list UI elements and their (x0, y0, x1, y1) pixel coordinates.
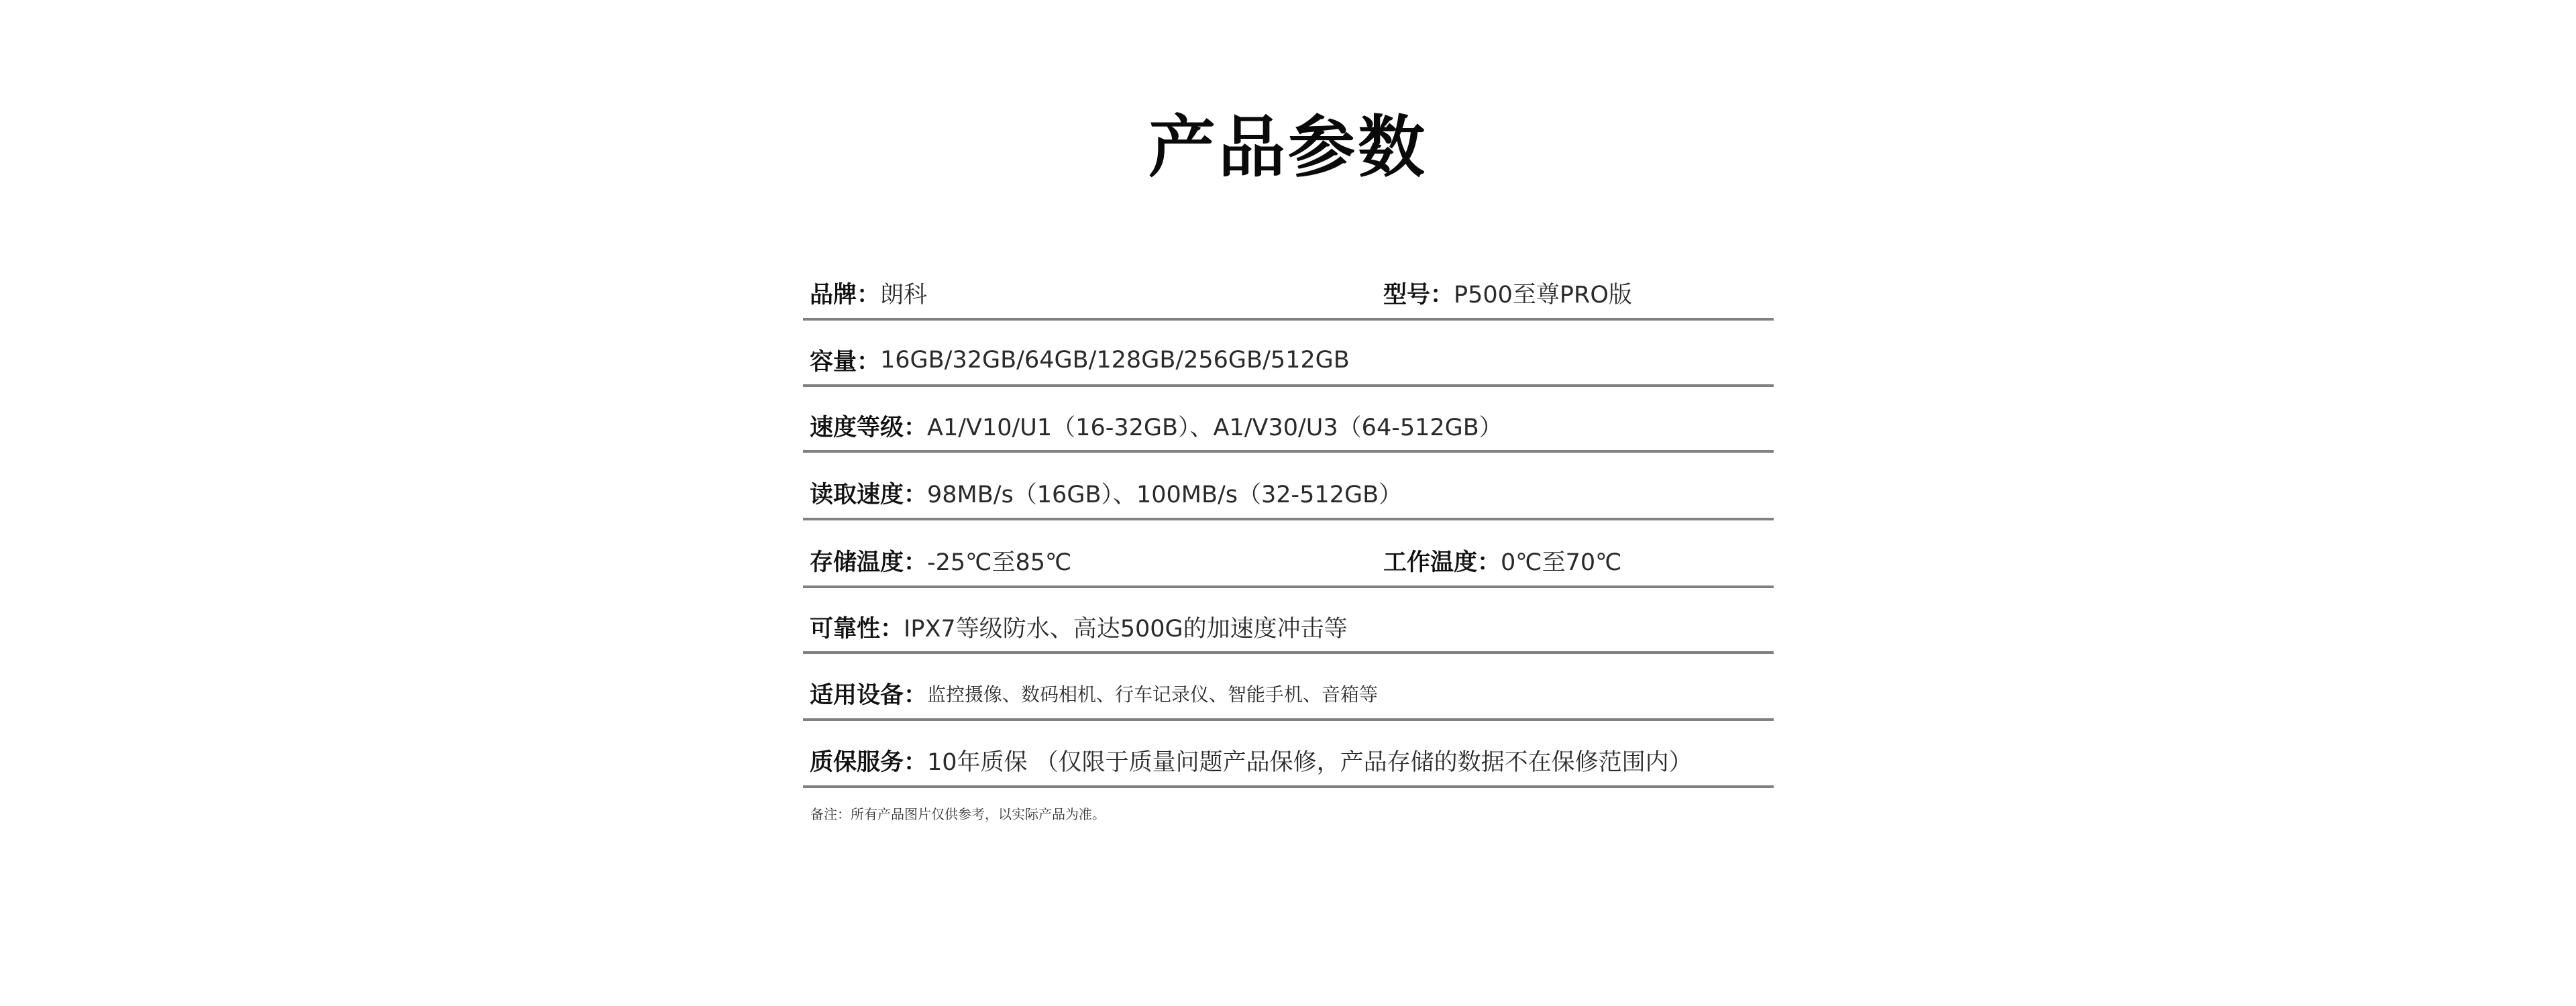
spec-row-read-speed: 读取速度： 98MB/s（16GB）、100MB/s（32-512GB） (803, 453, 1774, 520)
spec-value: 98MB/s（16GB）、100MB/s（32-512GB） (927, 476, 1402, 510)
spec-label: 型号： (1383, 276, 1454, 310)
spec-label: 工作温度： (1383, 544, 1501, 577)
spec-cell-warranty: 质保服务： 10年质保 （仅限于质量问题产品保修，产品存储的数据不在保修范围内） (810, 721, 1693, 785)
spec-cell-reliability: 可靠性： IPX7等级防水、高达500G的加速度冲击等 (810, 588, 1348, 651)
spec-label: 速度等级： (810, 409, 927, 443)
spec-cell-operating-temp: 工作温度： 0℃至70℃ (1383, 520, 1621, 585)
spec-row-temperature: 存储温度： -25℃至85℃ 工作温度： 0℃至70℃ (803, 520, 1774, 588)
spec-value: P500至尊PRO版 (1454, 276, 1632, 310)
spec-cell-read-speed: 读取速度： 98MB/s（16GB）、100MB/s（32-512GB） (810, 453, 1402, 518)
spec-row-devices: 适用设备： 监控摄像、数码相机、行车记录仪、智能手机、音箱等 (803, 654, 1774, 721)
spec-label: 品牌： (810, 276, 880, 310)
spec-table: 品牌： 朗科 型号： P500至尊PRO版 容量： 16GB/32GB/64GB… (803, 254, 1774, 788)
spec-value: 0℃至70℃ (1501, 544, 1621, 577)
spec-cell-brand: 品牌： 朗科 (810, 254, 927, 318)
spec-cell-devices: 适用设备： 监控摄像、数码相机、行车记录仪、智能手机、音箱等 (810, 654, 1378, 718)
spec-value: IPX7等级防水、高达500G的加速度冲击等 (904, 610, 1348, 644)
spec-label: 读取速度： (810, 476, 927, 510)
spec-row-warranty: 质保服务： 10年质保 （仅限于质量问题产品保修，产品存储的数据不在保修范围内） (803, 721, 1774, 788)
spec-cell-speed-class: 速度等级： A1/V10/U1（16-32GB）、A1/V30/U3（64-51… (810, 387, 1503, 450)
spec-label: 容量： (810, 343, 880, 377)
spec-row-speed-class: 速度等级： A1/V10/U1（16-32GB）、A1/V30/U3（64-51… (803, 387, 1774, 453)
spec-row-brand-model: 品牌： 朗科 型号： P500至尊PRO版 (803, 254, 1774, 321)
spec-label: 可靠性： (810, 610, 904, 644)
spec-label: 存储温度： (810, 544, 927, 577)
spec-label: 质保服务： (810, 744, 927, 777)
spec-value: 10年质保 （仅限于质量问题产品保修，产品存储的数据不在保修范围内） (927, 744, 1693, 777)
disclaimer-note: 备注：所有产品图片仅供参考，以实际产品为准。 (810, 803, 1106, 823)
spec-value: 16GB/32GB/64GB/128GB/256GB/512GB (880, 347, 1350, 374)
spec-cell-model: 型号： P500至尊PRO版 (1383, 254, 1632, 318)
spec-row-capacity: 容量： 16GB/32GB/64GB/128GB/256GB/512GB (803, 321, 1774, 387)
spec-value: -25℃至85℃ (927, 544, 1071, 577)
spec-cell-storage-temp: 存储温度： -25℃至85℃ (810, 520, 1071, 585)
spec-cell-capacity: 容量： 16GB/32GB/64GB/128GB/256GB/512GB (810, 321, 1350, 384)
spec-row-reliability: 可靠性： IPX7等级防水、高达500G的加速度冲击等 (803, 588, 1774, 654)
page-title: 产品参数 (0, 101, 2576, 194)
spec-value: 监控摄像、数码相机、行车记录仪、智能手机、音箱等 (927, 680, 1378, 707)
spec-value: 朗科 (880, 276, 927, 310)
spec-value: A1/V10/U1（16-32GB）、A1/V30/U3（64-512GB） (927, 409, 1503, 443)
spec-label: 适用设备： (810, 677, 927, 710)
